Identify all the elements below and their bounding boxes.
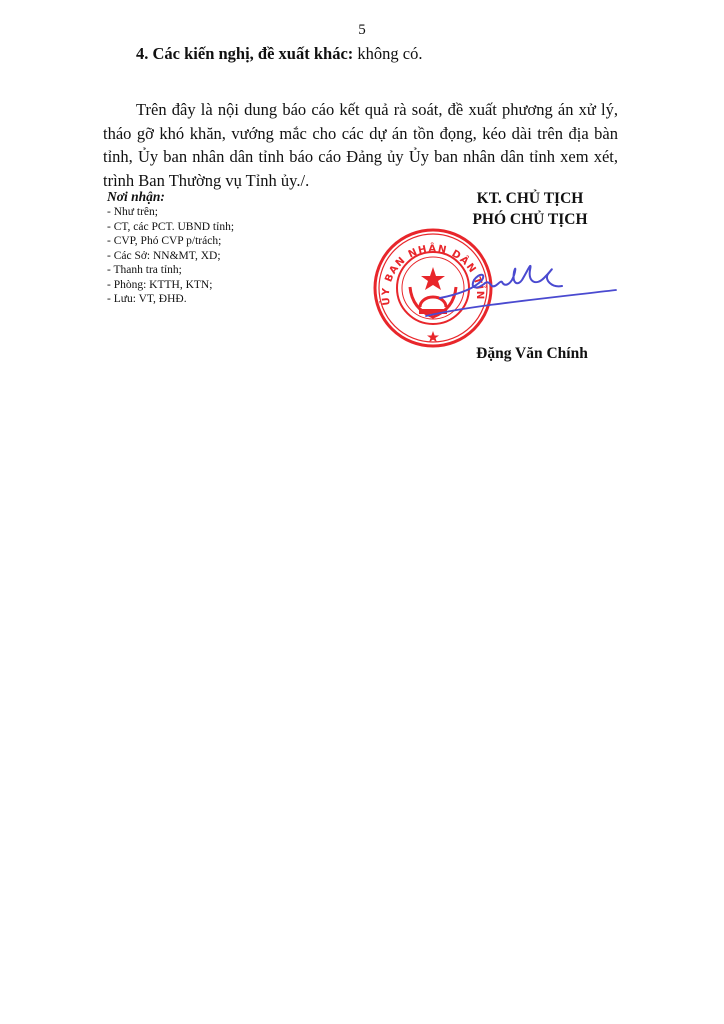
signature-title-line1: KT. CHỦ TỊCH: [440, 188, 620, 209]
section-heading: 4. Các kiến nghị, đề xuất khác: không có…: [136, 44, 422, 64]
page-number: 5: [0, 22, 724, 39]
signature-title-block: KT. CHỦ TỊCH PHÓ CHỦ TỊCH: [440, 188, 620, 230]
signer-name: Đặng Văn Chính: [437, 345, 627, 363]
section-heading-text: không có.: [353, 44, 422, 63]
recipient-item: - Phòng: KTTH, KTN;: [107, 278, 234, 293]
section-heading-label: 4. Các kiến nghị, đề xuất khác:: [136, 44, 353, 63]
handwritten-signature-icon: [420, 250, 620, 330]
recipient-item: - Như trên;: [107, 205, 234, 220]
recipient-item: - Thanh tra tỉnh;: [107, 263, 234, 278]
recipient-item: - Lưu: VT, ĐHĐ.: [107, 292, 234, 307]
body-paragraph: Trên đây là nội dung báo cáo kết quả rà …: [103, 98, 618, 192]
recipient-item: - Các Sở: NN&MT, XD;: [107, 249, 234, 264]
recipients-title: Nơi nhận:: [107, 189, 234, 205]
recipients-list: Nơi nhận: - Như trên; - CT, các PCT. UBN…: [107, 189, 234, 307]
recipient-item: - CT, các PCT. UBND tỉnh;: [107, 220, 234, 235]
recipient-item: - CVP, Phó CVP p/trách;: [107, 234, 234, 249]
